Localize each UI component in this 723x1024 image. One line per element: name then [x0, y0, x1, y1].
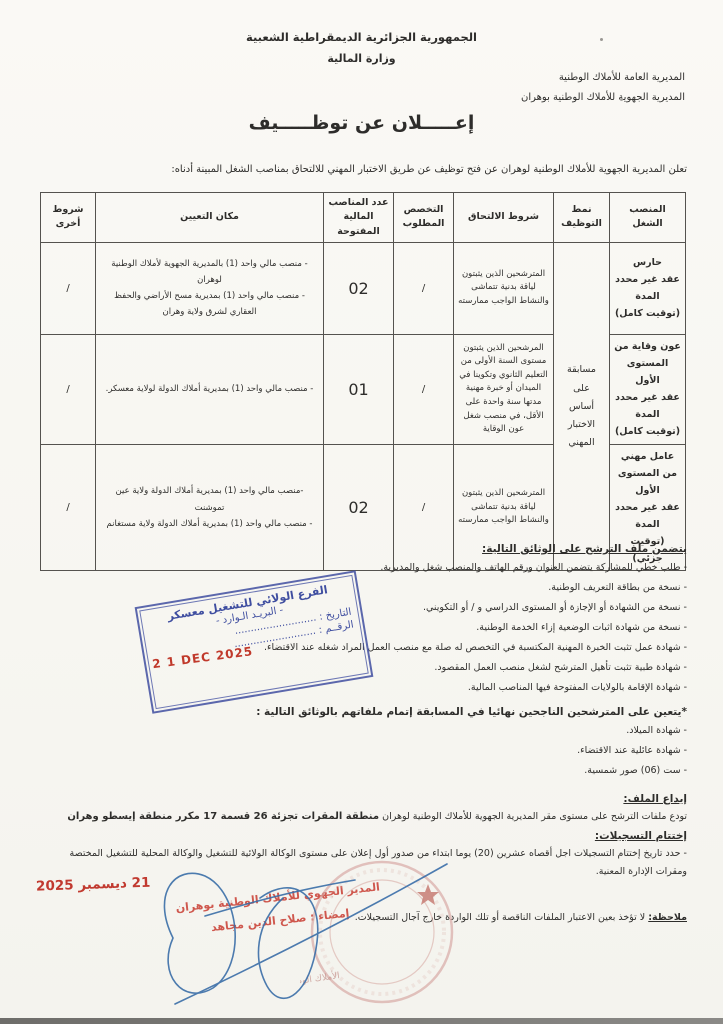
scan-edge — [0, 1018, 723, 1024]
position-cell: عون وقاية من المستوىالأولعقد غير محدد ال… — [610, 334, 686, 444]
directorate-general-line: المديرية العامة للأملاك الوطنية — [559, 72, 685, 83]
dossier-heading: يتضمن ملف الترشح على الوثائق التالية: — [36, 543, 687, 555]
republic-title: الجمهورية الجزائرية الديمقراطية الشعبية — [0, 30, 723, 44]
specialty-cell: / — [394, 334, 454, 444]
col-other-conditions: شروط أخرى — [41, 193, 96, 243]
table-row: حارسعقد غير محدد المدة(توقيت كامل) مسابق… — [41, 242, 686, 334]
col-position: المنصب الشغل — [610, 193, 686, 243]
star-icon — [417, 884, 439, 905]
recruitment-mode-cell: مسابقة علىأساس الاختبارالمهني — [554, 242, 610, 571]
other-conditions-cell: / — [41, 242, 96, 334]
page-title: إعـــــلان عن توظـــــيف — [0, 112, 723, 134]
closing-heading: إختتام التسجيلات: — [36, 830, 687, 842]
ministry-title: وزارة المالية — [0, 52, 723, 65]
round-stamp-arc-text: الأملاك الوطنية — [300, 969, 340, 989]
col-recruitment-mode: نمط التوظيف — [554, 193, 610, 243]
position-cell: حارسعقد غير محدد المدة(توقيت كامل) — [610, 242, 686, 334]
deposit-heading: إيداع الملف: — [36, 793, 687, 805]
conditions-cell: المترشحين الذين يثبتون لياقة بدنية تتماش… — [454, 242, 554, 334]
intro-paragraph: تعلن المديرية الجهوية للأملاك الوطنية لو… — [36, 164, 687, 175]
deposit-paragraph: تودع ملفات الترشح على مستوى مقر المديرية… — [36, 808, 687, 826]
table-header-row: المنصب الشغل نمط التوظيف شروط الالتحاق ا… — [41, 193, 686, 243]
scanned-document-page: الجمهورية الجزائرية الديمقراطية الشعبية … — [0, 0, 723, 1024]
scan-speck — [620, 98, 623, 101]
dossier-item: - طلب خطي للمشاركة يتضمن العنوان ورقم ال… — [36, 558, 687, 578]
dossier-item: - نسخة من بطاقة التعريف الوطنية. — [36, 578, 687, 598]
final-doc-item: - ست (06) صور شمسية. — [36, 761, 687, 781]
jobs-table: المنصب الشغل نمط التوظيف شروط الالتحاق ا… — [40, 192, 686, 571]
dossier-item: - شهادة الإقامة بالولايات المفتوحة فيها … — [36, 678, 687, 698]
director-stamp: المدير الجهوي للأملاك الوطنية بوهران إمض… — [146, 872, 411, 945]
specialty-cell: / — [394, 242, 454, 334]
count-cell: 01 — [324, 334, 394, 444]
deposit-text: تودع ملفات الترشح على مستوى مقر المديرية… — [379, 811, 687, 822]
final-doc-item: - شهادة عائلية عند الاقتضاء. — [36, 741, 687, 761]
locations-cell: - منصب مالي واحد (1) بمديرية أملاك الدول… — [96, 334, 324, 444]
body-sections: يتضمن ملف الترشح على الوثائق التالية: - … — [36, 543, 687, 883]
col-open-posts: عدد المناصب المالية المفتوحة — [324, 193, 394, 243]
col-conditions: شروط الالتحاق — [454, 193, 554, 243]
deposit-address: منطقة المقرات تجزئة 26 قسمة 17 مكرر منطق… — [67, 811, 379, 822]
note-label: ملاحظة: — [648, 912, 687, 923]
other-conditions-cell: / — [41, 334, 96, 444]
scan-speck — [600, 38, 603, 41]
col-specialty: التخصص المطلوب — [394, 193, 454, 243]
locations-cell: - منصب مالي واحد (1) بالمديرية الجهوية ل… — [96, 242, 324, 334]
directorate-regional-line: المديرية الجهوية للأملاك الوطنية بوهران — [521, 92, 685, 103]
final-doc-item: - شهادة الميلاد. — [36, 721, 687, 741]
col-assignment-place: مكان التعيين — [96, 193, 324, 243]
conditions-cell: المرشحين الذين يثبتون مستوى السنة الأولى… — [454, 334, 554, 444]
count-cell: 02 — [324, 242, 394, 334]
final-docs-heading: *يتعين على المترشحين الناجحين نهائيا في … — [36, 706, 687, 718]
